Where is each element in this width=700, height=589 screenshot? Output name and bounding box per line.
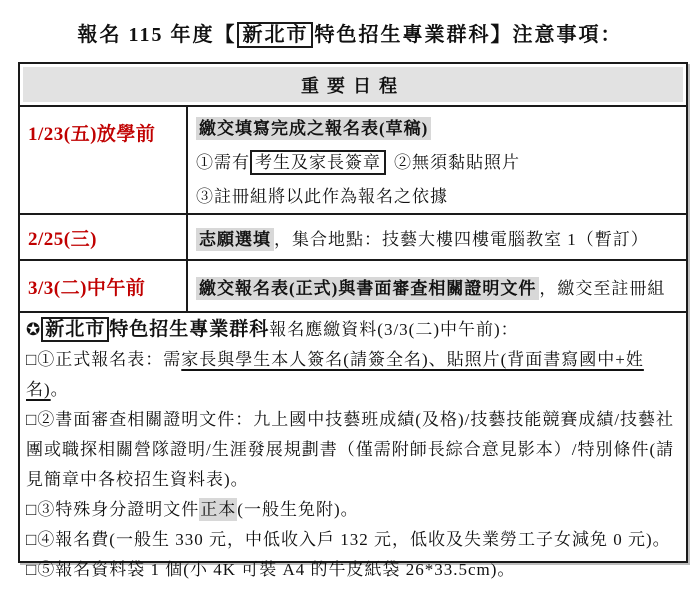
item3-pre: ③特殊身分證明文件 [37, 500, 199, 519]
table-row: 2/25(三) 志願選填，集合地點：技藝大樓四樓電腦教室 1（暫訂） [20, 215, 686, 261]
item1-pre: ①正式報名表：需 [37, 350, 181, 369]
row2-highlight: 志願選填 [196, 228, 274, 251]
row1-line2-pre: ①需有 [196, 153, 250, 172]
checkbox-icon: □ [26, 560, 37, 579]
list-item: □⑤報名資料袋 1 個(小 4K 可裝 A4 的牛皮紙袋 26*33.5cm)。 [26, 555, 678, 585]
item4-text: ④報名費(一般生 330 元，中低收入戶 132 元，低收及失業勞工子女減免 0… [37, 530, 670, 549]
row1-line3: ③註冊組將以此作為報名之依據 [196, 185, 448, 208]
row1-line2-boxed: 考生及家長簽章 [250, 150, 386, 175]
title-suffix: 特色招生專業群科】注意事項： [314, 24, 622, 46]
row1-line1-highlight: 繳交填寫完成之報名表(草稿) [196, 117, 431, 140]
table-header-row: 重要日程 [20, 64, 686, 107]
list-item: □③特殊身分證明文件正本(一般生免附)。 [26, 495, 678, 525]
item2-text: ②書面審查相關證明文件：九上國中技藝班成績(及格)/技藝技能競賽成績/技藝社團或… [26, 410, 674, 489]
document-box: 重要日程 1/23(五)放學前 繳交填寫完成之報名表(草稿) ①需有考生及家長簽… [18, 62, 688, 563]
list-item: □④報名費(一般生 330 元，中低收入戶 132 元，低收及失業勞工子女減免 … [26, 525, 678, 555]
title-prefix: 報名 115 年度【 [78, 24, 237, 46]
item5-text: ⑤報名資料袋 1 個(小 4K 可裝 A4 的牛皮紙袋 26*33.5cm)。 [37, 560, 515, 579]
notes-header-rest: 報名應繳資料(3/3(二)中午前)： [269, 320, 518, 339]
row1-line2-post: ②無須黏貼照片 [394, 153, 520, 172]
row1-date: 1/23(五)放學前 [20, 107, 188, 213]
item1-post: 。 [51, 380, 69, 399]
checkbox-icon: □ [26, 350, 37, 369]
row3-date: 3/3(二)中午前 [20, 261, 188, 311]
row2-text: 志願選填，集合地點：技藝大樓四樓電腦教室 1（暫訂） [196, 225, 649, 250]
star-icon: ✪ [26, 320, 41, 339]
row3-text: 繳交報名表(正式)與書面審查相關證明文件，繳交至註冊組 [196, 274, 665, 299]
list-item: □②書面審查相關證明文件：九上國中技藝班成績(及格)/技藝技能競賽成績/技藝社團… [26, 405, 678, 495]
row3-highlight: 繳交報名表(正式)與書面審查相關證明文件 [196, 277, 539, 300]
checkbox-icon: □ [26, 530, 37, 549]
notes-header: ✪新北市特色招生專業群科報名應繳資料(3/3(二)中午前)： [26, 315, 678, 345]
row3-rest: ，繳交至註冊組 [539, 279, 665, 298]
row1-line1: 繳交填寫完成之報名表(草稿) [196, 117, 431, 140]
list-item: □①正式報名表：需家長與學生本人簽名(請簽全名)、貼照片(背面書寫國中+姓名)。 [26, 345, 678, 405]
row2-date: 2/25(三) [20, 215, 188, 259]
notes-header-boxed-city: 新北市 [41, 317, 109, 342]
notes-header-bold: 特色招生專業群科 [109, 319, 269, 340]
page-title: 報名 115 年度【新北市特色招生專業群科】注意事項： [0, 18, 700, 48]
notes-section: ✪新北市特色招生專業群科報名應繳資料(3/3(二)中午前)： □①正式報名表：需… [20, 313, 686, 585]
row2-rest: ，集合地點：技藝大樓四樓電腦教室 1（暫訂） [274, 230, 649, 249]
title-boxed-city: 新北市 [237, 22, 313, 48]
item3-post: (一般生免附)。 [237, 500, 358, 519]
checkbox-icon: □ [26, 410, 37, 429]
row1-content: 繳交填寫完成之報名表(草稿) ①需有考生及家長簽章②無須黏貼照片 ③註冊組將以此… [188, 107, 686, 213]
row1-line2: ①需有考生及家長簽章②無須黏貼照片 [196, 151, 520, 174]
table-row: 3/3(二)中午前 繳交報名表(正式)與書面審查相關證明文件，繳交至註冊組 [20, 261, 686, 313]
row2-content: 志願選填，集合地點：技藝大樓四樓電腦教室 1（暫訂） [188, 215, 686, 259]
checkbox-icon: □ [26, 500, 37, 519]
item3-highlight: 正本 [199, 498, 237, 521]
table-row: 1/23(五)放學前 繳交填寫完成之報名表(草稿) ①需有考生及家長簽章②無須黏… [20, 107, 686, 215]
row3-content: 繳交報名表(正式)與書面審查相關證明文件，繳交至註冊組 [188, 261, 686, 311]
table-header-label: 重要日程 [23, 67, 683, 102]
